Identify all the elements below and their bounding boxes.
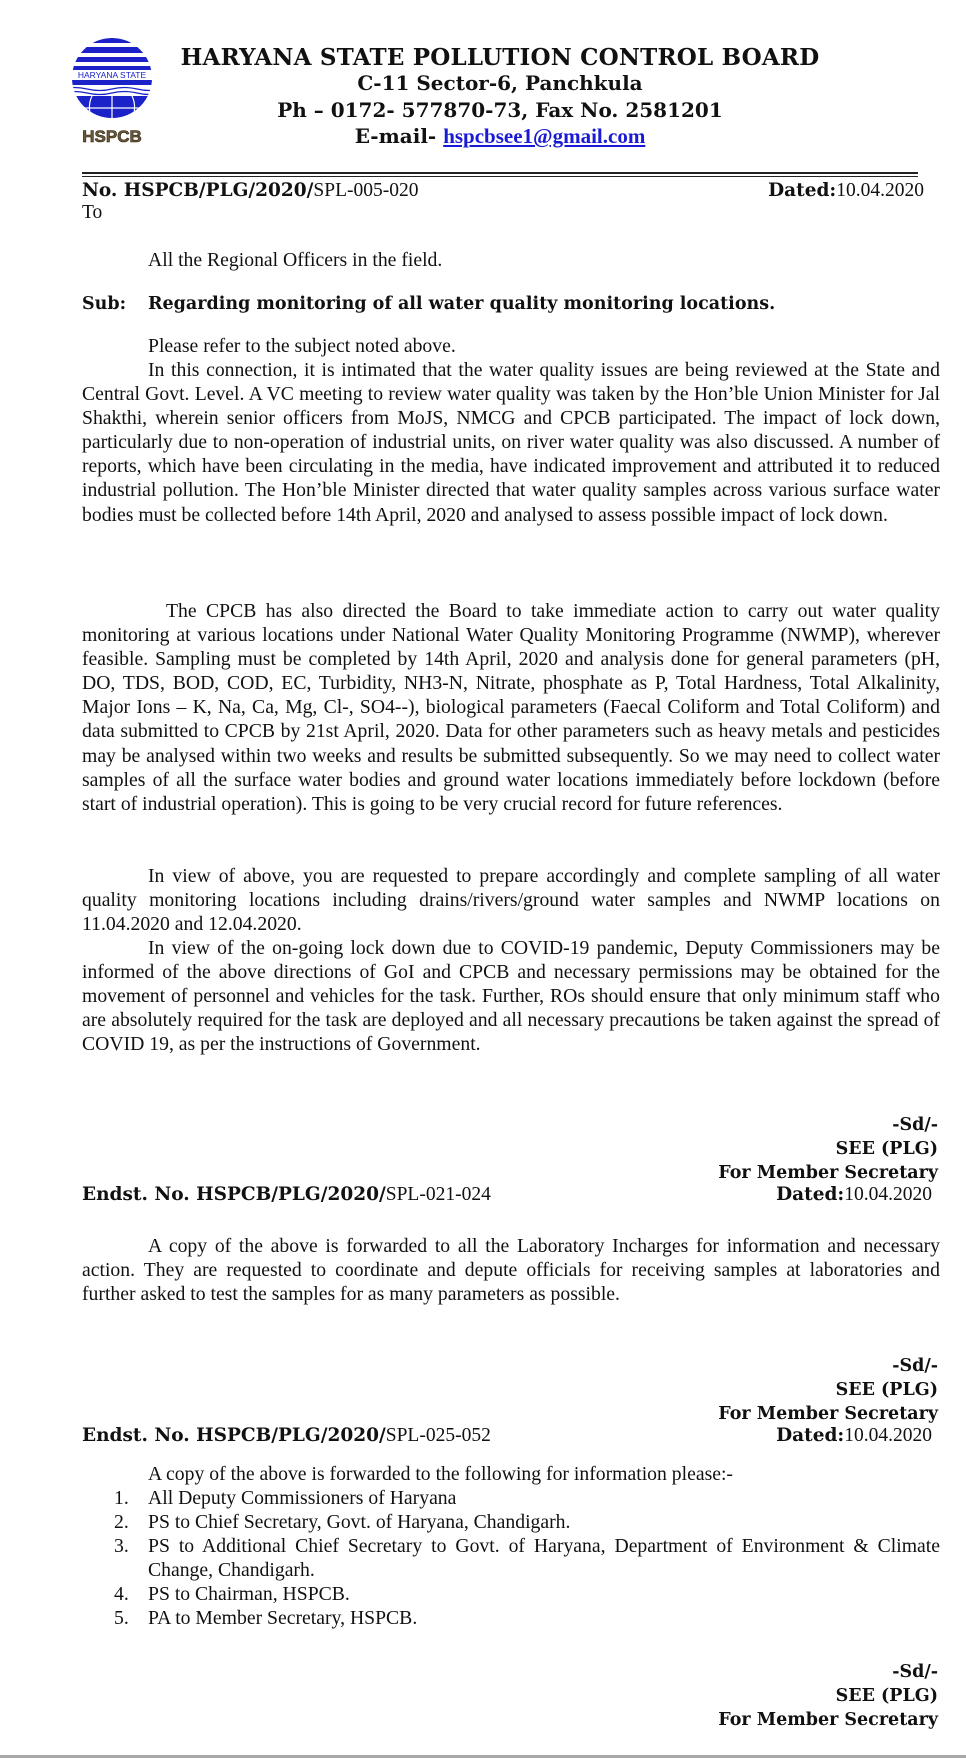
document-page: HARYANA STATE HSPCB HARYANA STATE POLLUT… (0, 0, 966, 1758)
email-link[interactable]: hspcbsee1@gmail.com (443, 124, 645, 148)
paragraph-connection: In this connection, it is intimated that… (82, 358, 940, 527)
signature-sd: -Sd/- (718, 1660, 938, 1684)
list-number: 5. (114, 1606, 129, 1630)
list-text: PS to Chief Secretary, Govt. of Haryana,… (148, 1511, 570, 1533)
list-item: 1.All Deputy Commissioners of Haryana (82, 1486, 940, 1510)
endorsement-text: A copy of the above is forwarded to the … (82, 1462, 940, 1486)
organization-phone-fax: Ph – 0172- 577870-73, Fax No. 2581201 (180, 98, 820, 122)
signature-for: For Member Secretary (718, 1402, 938, 1426)
header-divider-thin (82, 176, 918, 177)
signature-block: -Sd/- SEE (PLG) For Member Secretary (718, 1660, 938, 1732)
endorsement-text: A copy of the above is forwarded to all … (82, 1234, 940, 1306)
date-value: 10.04.2020 (836, 180, 924, 201)
list-text: PS to Chairman, HSPCB. (148, 1583, 350, 1605)
organization-email-line: E-mail- hspcbsee1@gmail.com (180, 124, 820, 149)
paragraph-cpcb: The CPCB has also directed the Board to … (82, 599, 940, 816)
dated-label: Dated: (776, 1184, 844, 1205)
signature-designation: SEE (PLG) (718, 1137, 938, 1161)
list-item: 5.PA to Member Secretary, HSPCB. (82, 1606, 940, 1630)
list-number: 2. (114, 1510, 129, 1534)
list-number: 3. (114, 1534, 129, 1558)
paragraph-request: In view of above, you are requested to p… (82, 864, 940, 936)
signature-block: -Sd/- SEE (PLG) For Member Secretary (718, 1354, 938, 1426)
endst-number: SPL-025-052 (386, 1425, 491, 1446)
hspcb-logo-icon: HARYANA STATE HSPCB (62, 36, 180, 146)
ref-label: No. HSPCB/PLG/2020/ (82, 180, 313, 201)
dated-label: Dated: (768, 180, 836, 201)
letter-reference: No. HSPCB/PLG/2020/SPL-005-020 Dated:10.… (82, 180, 918, 202)
list-text: PA to Member Secretary, HSPCB. (148, 1607, 417, 1629)
organization-address: C-11 Sector-6, Panchkula (180, 71, 820, 95)
list-item: 3.PS to Additional Chief Secretary to Go… (82, 1534, 940, 1582)
paragraph-intro: Please refer to the subject noted above. (82, 334, 940, 358)
ref-number: SPL-005-020 (313, 180, 418, 201)
subject-text: Regarding monitoring of all water qualit… (148, 294, 775, 314)
subject-label: Sub: (82, 294, 126, 314)
svg-text:HSPCB: HSPCB (82, 127, 142, 146)
to-label: To (82, 202, 102, 224)
dated-label: Dated: (776, 1425, 844, 1446)
date-value: 10.04.2020 (844, 1425, 932, 1446)
organization-name: HARYANA STATE POLLUTION CONTROL BOARD (180, 44, 820, 71)
list-item: 4.PS to Chairman, HSPCB. (82, 1582, 940, 1606)
endst-date: Dated:10.04.2020 (776, 1425, 932, 1447)
date-value: 10.04.2020 (844, 1184, 932, 1205)
endst-label: Endst. No. HSPCB/PLG/2020/ (82, 1184, 386, 1205)
endorsement-reference: Endst. No. HSPCB/PLG/2020/SPL-021-024 Da… (82, 1184, 918, 1206)
endorsement-reference: Endst. No. HSPCB/PLG/2020/SPL-025-052 Da… (82, 1425, 918, 1447)
signature-designation: SEE (PLG) (718, 1684, 938, 1708)
list-number: 1. (114, 1486, 129, 1510)
list-text: All Deputy Commissioners of Haryana (148, 1487, 456, 1509)
signature-block: -Sd/- SEE (PLG) For Member Secretary (718, 1113, 938, 1185)
list-text: PS to Additional Chief Secretary to Govt… (148, 1535, 940, 1581)
signature-sd: -Sd/- (718, 1113, 938, 1137)
signature-for: For Member Secretary (718, 1161, 938, 1185)
signature-sd: -Sd/- (718, 1354, 938, 1378)
recipient-list: 1.All Deputy Commissioners of Haryana 2.… (82, 1486, 940, 1631)
list-number: 4. (114, 1582, 129, 1606)
endst-number: SPL-021-024 (386, 1184, 491, 1205)
svg-text:HARYANA STATE: HARYANA STATE (78, 70, 147, 80)
list-item: 2.PS to Chief Secretary, Govt. of Haryan… (82, 1510, 940, 1534)
header-divider (82, 172, 918, 174)
addressee: All the Regional Officers in the field. (148, 249, 442, 272)
letter-date: Dated:10.04.2020 (768, 180, 924, 202)
signature-designation: SEE (PLG) (718, 1378, 938, 1402)
email-label: E-mail- (355, 124, 437, 148)
paragraph-covid: In view of the on-going lock down due to… (82, 936, 940, 1056)
signature-for: For Member Secretary (718, 1708, 938, 1732)
endst-date: Dated:10.04.2020 (776, 1184, 932, 1206)
endst-label: Endst. No. HSPCB/PLG/2020/ (82, 1425, 386, 1446)
